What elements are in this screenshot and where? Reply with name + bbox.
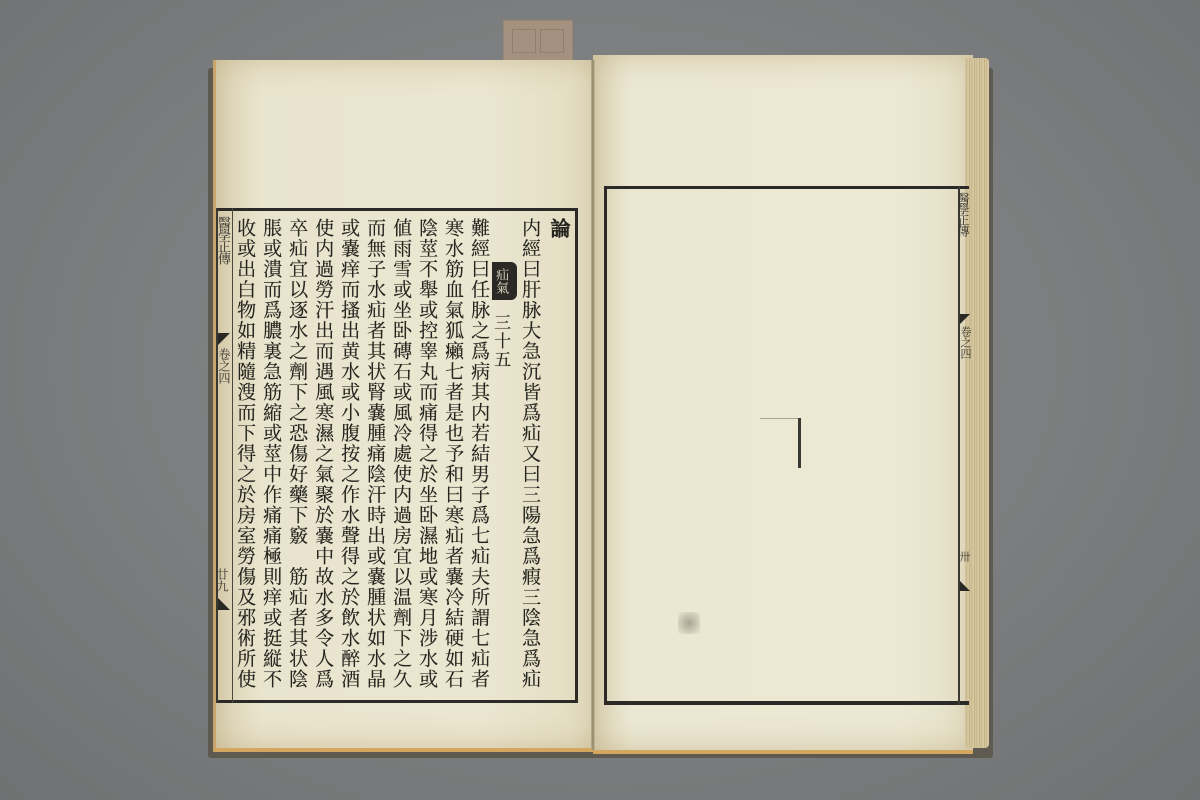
heading-column: 論 (543, 218, 572, 698)
right-margin-fold-number: 卅 (958, 551, 972, 562)
right-margin-title: 醫學正傳 (958, 192, 972, 236)
text-column: 寒水筋血氣狐癩七者是也予和曰寒疝者嚢冷結硬如石 (440, 218, 466, 698)
left-page-text-block: 論 内經曰肝脉大急沉皆爲疝又曰三陽急爲瘕三陰急爲疝 疝氣 三十五 難經曰任脉之爲… (232, 218, 572, 698)
right-frame-top-rule (604, 186, 969, 189)
text-column: 卒疝宜以逐水之劑下之恐傷好藥下竅 筋疝者其状陰莖腫 (284, 218, 310, 698)
text-column: 或嚢痒而搔出黄水或小腹按之作水聲得之於飲水醉酒 (336, 218, 362, 698)
book-gutter (591, 60, 595, 750)
right-margin-volume: 卷之四 (959, 326, 973, 359)
right-frame-bottom-rule (604, 701, 969, 705)
section-title-column: 疝氣 三十五 (492, 218, 517, 698)
fish-tail-mark-icon (960, 314, 970, 324)
text-column: 内經曰肝脉大急沉皆爲疝又曰三陽急爲瘕三陰急爲疝 (517, 218, 543, 698)
text-column: 値雨雪或坐卧磚石或風冷處使内過房宜以温劑下之久 (388, 218, 414, 698)
ink-smudge (678, 612, 700, 634)
text-column: 脹或潰而爲膿裏急筋縮或莖中作痛痛極則痒或挺縦不 (258, 218, 284, 698)
left-page-margin-column: 醫學正傳 卷之四 廿九 (216, 208, 233, 703)
text-column: 使内過勞汗出而遇風寒濕之氣聚於嚢中故水多令人爲 (310, 218, 336, 698)
text-column: 陰莖不舉或控睾丸而痛得之於坐卧濕地或寒月涉水或 (414, 218, 440, 698)
fish-tail-mark-icon (218, 333, 230, 345)
right-page-border-frame (604, 186, 961, 704)
stray-ink-mark (798, 418, 801, 468)
text-column: 收或出白物如精隨溲而下得之於房室勞傷及邪術所使 (232, 218, 258, 698)
fish-tail-lower-mark-icon (960, 581, 970, 591)
left-margin-volume: 卷之四 (217, 348, 233, 384)
left-margin-title: 醫學正傳 (216, 216, 232, 264)
library-stamp (503, 20, 573, 62)
text-column: 難經曰任脉之爲病其内若結男子爲七疝夫所謂七疝者 (466, 218, 492, 698)
fish-tail-lower-mark-icon (218, 598, 230, 610)
section-badge: 疝氣 (492, 262, 517, 300)
left-margin-fold-number: 廿九 (215, 568, 231, 592)
section-number: 三十五 (492, 314, 510, 370)
text-column: 而無子水疝者其状腎嚢腫痛陰汗時出或嚢腫状如水晶 (362, 218, 388, 698)
right-page-margin-column: 醫學正傳 卷之四 卅 (958, 186, 970, 705)
section-heading: 論 (547, 218, 571, 240)
